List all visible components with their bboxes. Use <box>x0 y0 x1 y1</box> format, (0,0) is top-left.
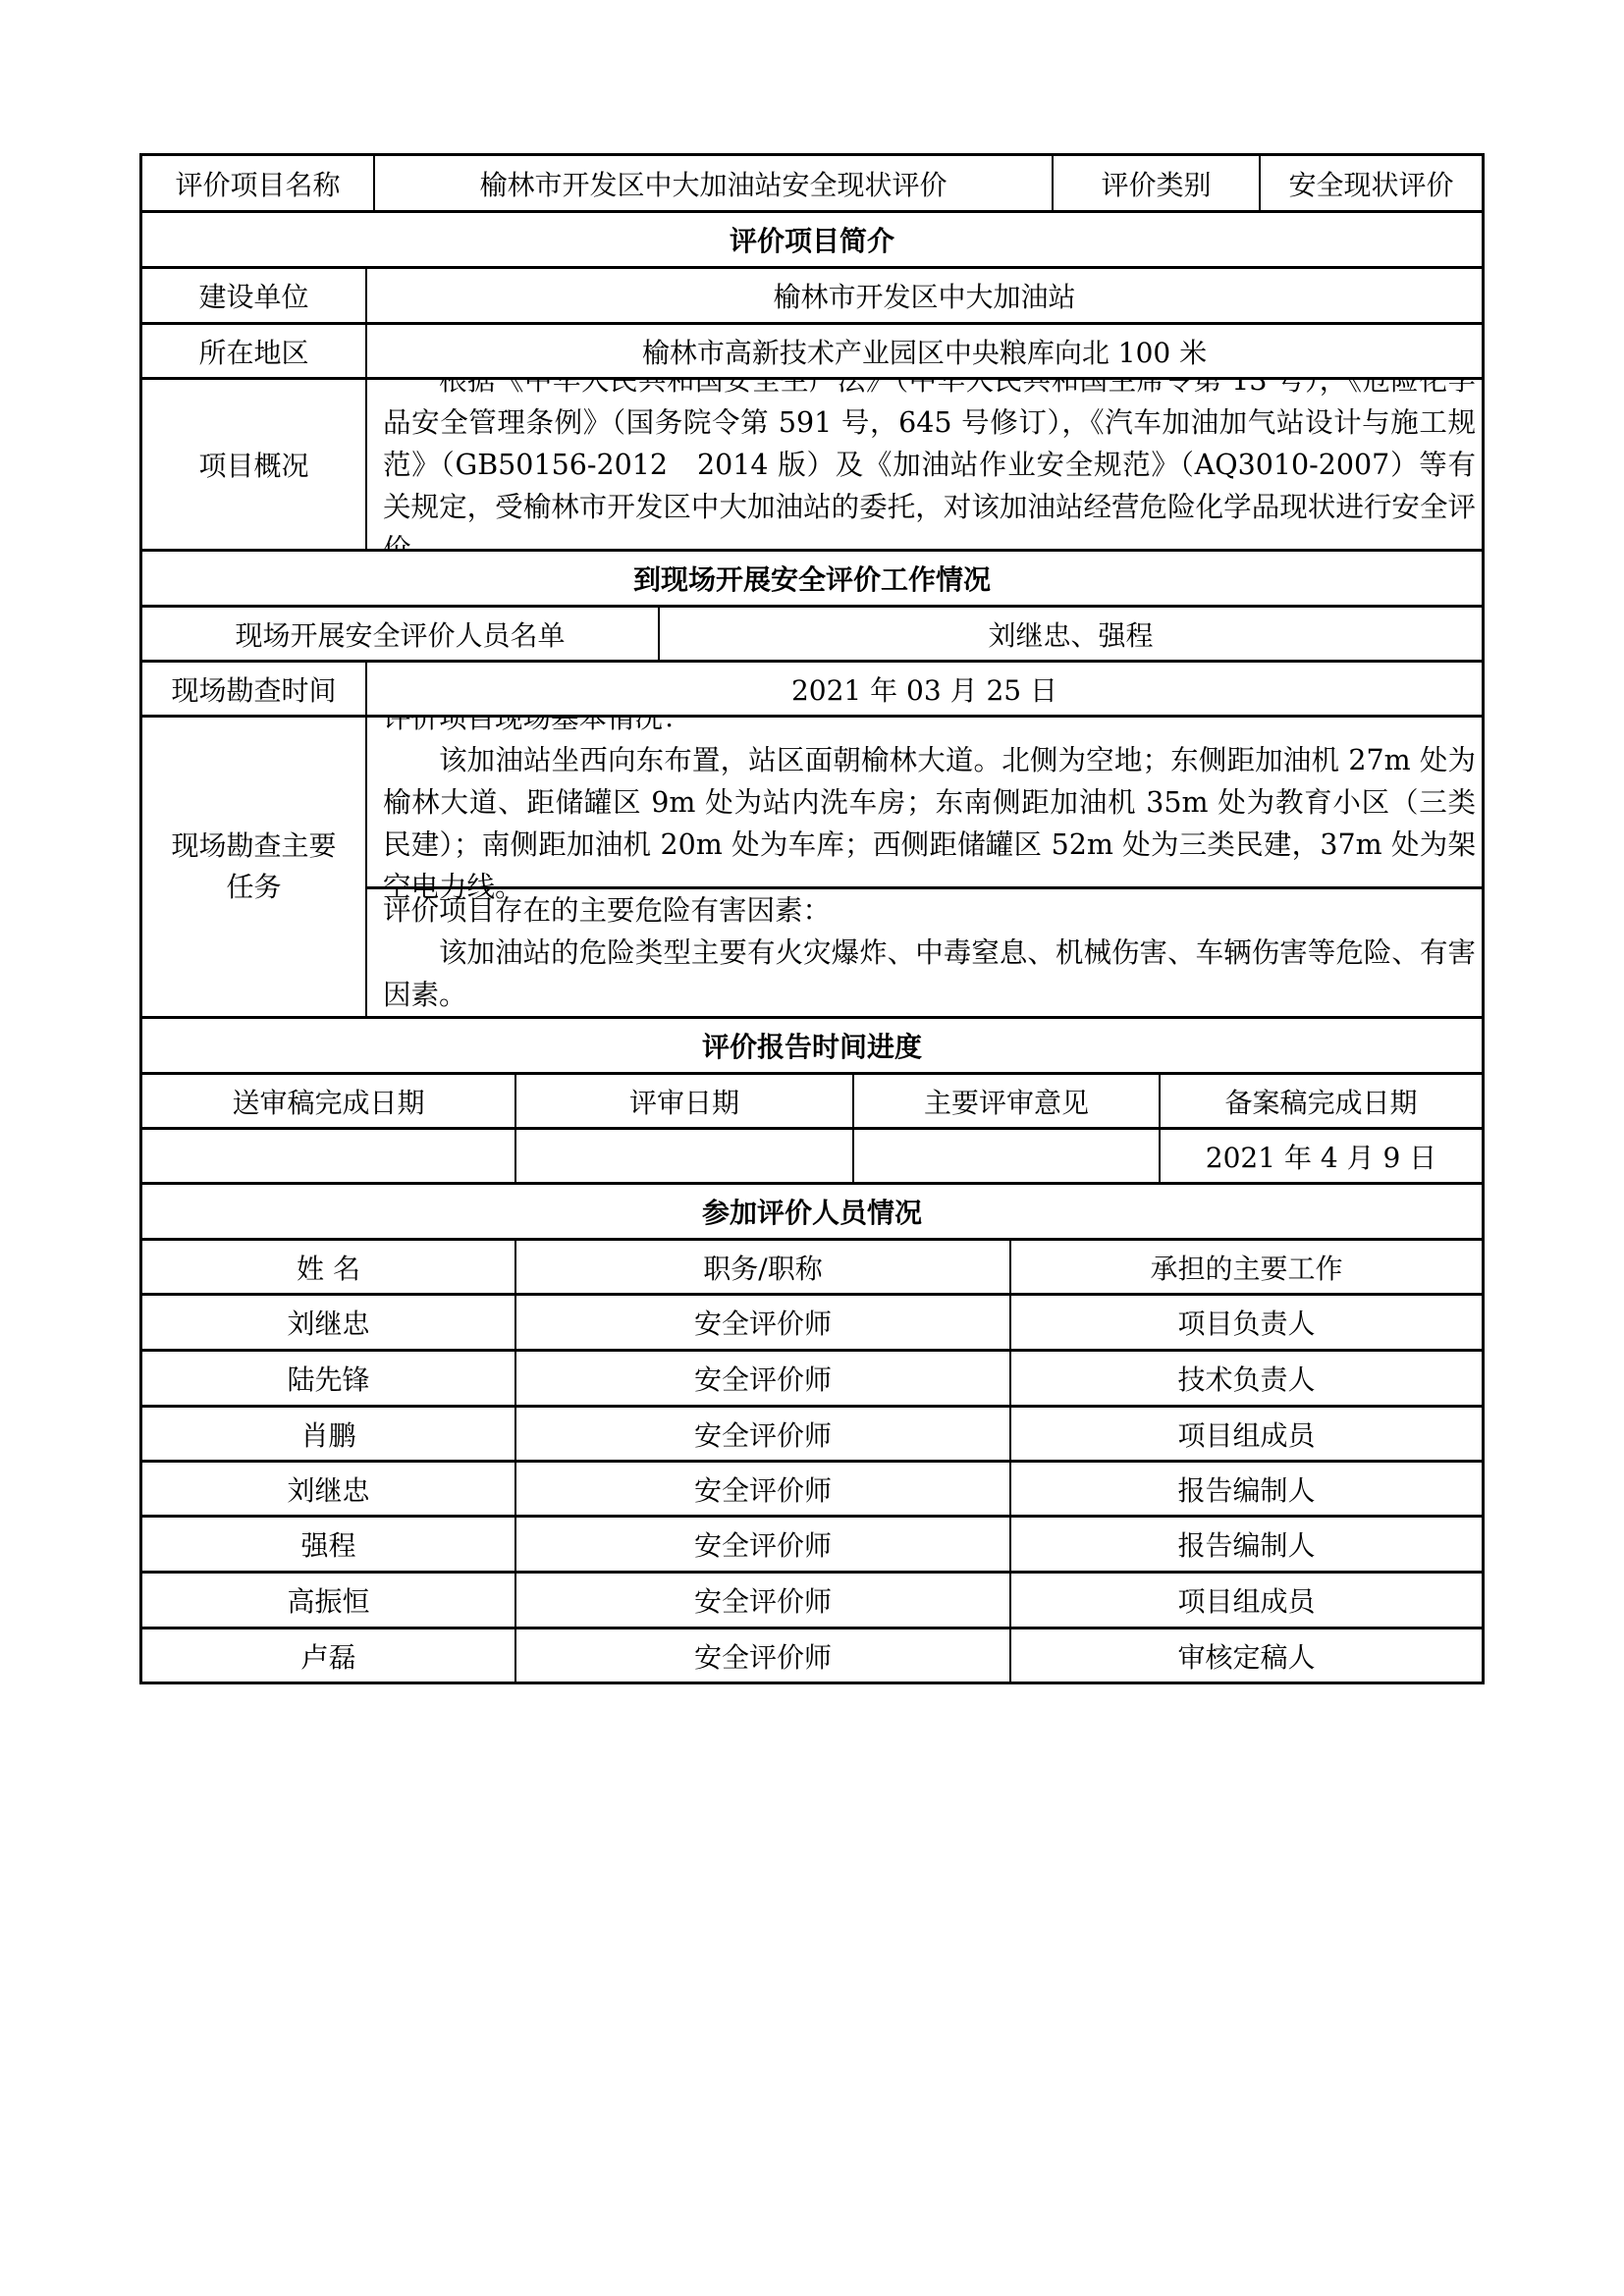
schedule-value-row: 2021 年 4 月 9 日 <box>142 1127 1482 1182</box>
site-basic-text: 该加油站坐西向东布置，站区面朝榆林大道。北侧为空地；东侧距加油机 27m 处为榆… <box>383 739 1476 908</box>
site-staff-value: 刘继忠、强程 <box>658 608 1482 660</box>
personnel-name: 肖鹏 <box>142 1408 514 1460</box>
intro-section-row: 评价项目简介 <box>142 210 1482 266</box>
main-hazards-text: 该加油站的危险类型主要有火灾爆炸、中毒窒息、机械伤害、车辆伤害等危险、有害因素。 <box>383 932 1476 1016</box>
overview-label: 项目概况 <box>142 380 365 549</box>
personnel-row: 强程 安全评价师 报告编制人 <box>142 1515 1482 1571</box>
location-row: 所在地区 榆林市高新技术产业园区中央粮库向北 100 米 <box>142 322 1482 377</box>
personnel-name: 高振恒 <box>142 1574 514 1627</box>
personnel-title: 安全评价师 <box>514 1463 1009 1515</box>
main-hazards: 评价项目存在的主要危险有害因素： 该加油站的危险类型主要有火灾爆炸、中毒窒息、机… <box>367 886 1482 1016</box>
project-name-row: 评价项目名称 榆林市开发区中大加油站安全现状评价 评价类别 安全现状评价 <box>142 153 1482 210</box>
schedule-header-review-date: 评审日期 <box>514 1075 852 1127</box>
survey-tasks-content: 评价项目现场基本情况： 该加油站坐西向东布置，站区面朝榆林大道。北侧为空地；东侧… <box>365 718 1482 1016</box>
schedule-header-submit-date: 送审稿完成日期 <box>142 1075 514 1127</box>
personnel-title: 安全评价师 <box>514 1629 1009 1682</box>
personnel-row: 陆先锋 安全评价师 技术负责人 <box>142 1349 1482 1405</box>
schedule-review-opinion <box>852 1130 1159 1182</box>
evaluation-info-table: 评价项目名称 榆林市开发区中大加油站安全现状评价 评价类别 安全现状评价 评价项… <box>139 153 1485 1684</box>
personnel-name: 陆先锋 <box>142 1352 514 1405</box>
schedule-submit-date <box>142 1130 514 1182</box>
personnel-title: 安全评价师 <box>514 1296 1009 1349</box>
personnel-role: 报告编制人 <box>1009 1518 1482 1571</box>
personnel-role: 审核定稿人 <box>1009 1629 1482 1682</box>
survey-tasks-subrows: 评价项目现场基本情况： 该加油站坐西向东布置，站区面朝榆林大道。北侧为空地；东侧… <box>367 718 1482 1016</box>
personnel-section-row: 参加评价人员情况 <box>142 1182 1482 1238</box>
personnel-title: 安全评价师 <box>514 1352 1009 1405</box>
main-hazards-block: 评价项目存在的主要危险有害因素： 该加油站的危险类型主要有火灾爆炸、中毒窒息、机… <box>367 889 1482 1016</box>
personnel-name: 强程 <box>142 1518 514 1571</box>
site-staff-label: 现场开展安全评价人员名单 <box>142 608 658 660</box>
personnel-header-role: 承担的主要工作 <box>1009 1241 1482 1293</box>
survey-time-label: 现场勘查时间 <box>142 663 365 715</box>
site-work-section-title: 到现场开展安全评价工作情况 <box>142 552 1482 605</box>
overview-text: 根据《中华人民共和国安全生产法》（中华人民共和国主席令第 13 号），《危险化学… <box>383 380 1476 549</box>
site-work-section-row: 到现场开展安全评价工作情况 <box>142 549 1482 605</box>
personnel-header-title: 职务/职称 <box>514 1241 1009 1293</box>
personnel-row: 高振恒 安全评价师 项目组成员 <box>142 1571 1482 1627</box>
builder-label: 建设单位 <box>142 269 365 322</box>
personnel-name: 刘继忠 <box>142 1463 514 1515</box>
schedule-filing-date: 2021 年 4 月 9 日 <box>1159 1130 1482 1182</box>
schedule-header-filing-date: 备案稿完成日期 <box>1159 1075 1482 1127</box>
site-basic-block: 评价项目现场基本情况： 该加油站坐西向东布置，站区面朝榆林大道。北侧为空地；东侧… <box>367 718 1482 886</box>
personnel-header-name: 姓 名 <box>142 1241 514 1293</box>
main-hazards-heading: 评价项目存在的主要危险有害因素： <box>383 889 1476 932</box>
location-value: 榆林市高新技术产业园区中央粮库向北 100 米 <box>365 325 1482 377</box>
personnel-row: 卢磊 安全评价师 审核定稿人 <box>142 1627 1482 1682</box>
schedule-section-title: 评价报告时间进度 <box>142 1019 1482 1072</box>
survey-tasks-label-cell: 现场勘查主要任务 <box>142 718 365 1016</box>
personnel-role: 报告编制人 <box>1009 1463 1482 1515</box>
schedule-header-row: 送审稿完成日期 评审日期 主要评审意见 备案稿完成日期 <box>142 1072 1482 1127</box>
site-staff-row: 现场开展安全评价人员名单 刘继忠、强程 <box>142 605 1482 660</box>
personnel-section-title: 参加评价人员情况 <box>142 1185 1482 1238</box>
survey-tasks-label: 现场勘查主要任务 <box>142 826 365 908</box>
schedule-section-row: 评价报告时间进度 <box>142 1016 1482 1072</box>
schedule-header-review-opinion: 主要评审意见 <box>852 1075 1159 1127</box>
personnel-title: 安全评价师 <box>514 1574 1009 1627</box>
personnel-role: 技术负责人 <box>1009 1352 1482 1405</box>
schedule-review-date <box>514 1130 852 1182</box>
personnel-role: 项目组成员 <box>1009 1574 1482 1627</box>
builder-row: 建设单位 榆林市开发区中大加油站 <box>142 266 1482 322</box>
overview-row: 项目概况 根据《中华人民共和国安全生产法》（中华人民共和国主席令第 13 号），… <box>142 377 1482 549</box>
project-name-label: 评价项目名称 <box>142 156 373 210</box>
personnel-row: 肖鹏 安全评价师 项目组成员 <box>142 1405 1482 1460</box>
survey-time-value: 2021 年 03 月 25 日 <box>365 663 1482 715</box>
overview-paragraph-block: 根据《中华人民共和国安全生产法》（中华人民共和国主席令第 13 号），《危险化学… <box>367 380 1482 549</box>
personnel-row: 刘继忠 安全评价师 报告编制人 <box>142 1460 1482 1515</box>
survey-time-row: 现场勘查时间 2021 年 03 月 25 日 <box>142 660 1482 715</box>
site-basic-situation: 评价项目现场基本情况： 该加油站坐西向东布置，站区面朝榆林大道。北侧为空地；东侧… <box>367 718 1482 886</box>
builder-value: 榆林市开发区中大加油站 <box>365 269 1482 322</box>
project-name-value: 榆林市开发区中大加油站安全现状评价 <box>373 156 1052 210</box>
personnel-name: 卢磊 <box>142 1629 514 1682</box>
site-basic-heading: 评价项目现场基本情况： <box>383 718 1476 739</box>
intro-section-title: 评价项目简介 <box>142 213 1482 266</box>
category-label: 评价类别 <box>1052 156 1259 210</box>
personnel-row: 刘继忠 安全评价师 项目负责人 <box>142 1293 1482 1349</box>
personnel-name: 刘继忠 <box>142 1296 514 1349</box>
category-value: 安全现状评价 <box>1259 156 1482 210</box>
location-label: 所在地区 <box>142 325 365 377</box>
personnel-title: 安全评价师 <box>514 1408 1009 1460</box>
personnel-header-row: 姓 名 职务/职称 承担的主要工作 <box>142 1238 1482 1293</box>
personnel-role: 项目负责人 <box>1009 1296 1482 1349</box>
survey-tasks-row: 现场勘查主要任务 评价项目现场基本情况： 该加油站坐西向东布置，站区面朝榆林大道… <box>142 715 1482 1016</box>
overview-cell: 根据《中华人民共和国安全生产法》（中华人民共和国主席令第 13 号），《危险化学… <box>365 380 1482 549</box>
personnel-title: 安全评价师 <box>514 1518 1009 1571</box>
personnel-role: 项目组成员 <box>1009 1408 1482 1460</box>
